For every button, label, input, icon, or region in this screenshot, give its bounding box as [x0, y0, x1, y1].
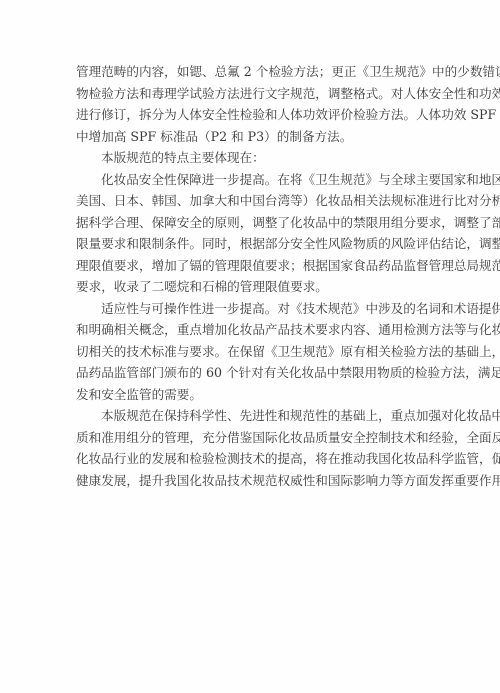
paragraph-3-line-6: 要求，收录了二噁烷和石棉的管理限值要求。 [76, 278, 425, 296]
paragraph-4-line-4: 品药品监管部门颁布的 60 个针对有关化妆品中禁限用物质的检验方法，满足化妆品技… [76, 364, 425, 382]
paragraph-3-line-3: 据科学合理、保障安全的原则，调整了化妆品中的禁限用组分要求，调整了部分准用组分的 [76, 214, 425, 232]
paragraph-1-line-4: 中增加高 SPF 标准品（P2 和 P3）的制备方法。 [76, 128, 425, 146]
document-page: 管理范畴的内容，如锶、总氟 2 个检验方法；更正《卫生规范》中的少数错误内容。对… [0, 0, 500, 693]
paragraph-4-line-2: 和明确相关概念，重点增加化妆品产品技术要求内容、通用检测方法等与化妆品质量安全密 [76, 321, 425, 339]
paragraph-5-line-2: 质和准用组分的管理，充分借鉴国际化妆品质量安全控制技术和经验，全面反应了我国当前 [76, 429, 425, 447]
paragraph-3-line-1: 化妆品安全性保障进一步提高。在将《卫生规范》与全球主要国家和地区（包括欧盟、 [101, 171, 425, 189]
paragraph-1-line-3: 进行修订，拆分为人体安全性检验和人体功效评价检验方法。人体功效 SPF 评价检验… [76, 106, 425, 124]
paragraph-5-line-4: 健康发展，提升我国化妆品技术规范权威性和国际影响力等方面发挥重要作用。 [76, 472, 425, 490]
paragraph-3-line-4: 限量要求和限制条件。同时，根据部分安全性风险物质的风险评估结论，调整了铅、砷的管 [76, 235, 425, 253]
paragraph-3-line-2: 美国、日本、韩国、加拿大和中国台湾等）化妆品相关法规标准进行比对分析的基础上，根 [76, 192, 425, 210]
paragraph-5-line-3: 化妆品行业的发展和检验检测技术的提高，将在推动我国化妆品科学监管，促进化妆品行业 [76, 450, 425, 468]
paragraph-4-line-3: 切相关的技术标准与要求。在保留《卫生规范》原有相关检验方法的基础上，收录了国家食 [76, 343, 425, 361]
paragraph-5-line-1: 本版规范在保持科学性、先进性和规范性的基础上，重点加强对化妆品中安全性风险物 [101, 407, 425, 425]
paragraph-4-line-1: 适应性与可操作性进一步提高。对《技术规范》中涉及的名词和术语提供了释义，细化 [101, 300, 425, 318]
paragraph-1-line-2: 物检验方法和毒理学试验方法进行文字规范，调整格式。对人体安全性和功效评价检验方法 [76, 85, 425, 103]
paragraph-4-line-5: 发和安全监管的需要。 [76, 386, 425, 404]
paragraph-2-line-1: 本版规范的特点主要体现在： [101, 149, 425, 167]
paragraph-1-line-1: 管理范畴的内容，如锶、总氟 2 个检验方法；更正《卫生规范》中的少数错误内容。对… [76, 63, 425, 81]
paragraph-3-line-5: 理限值要求，增加了镉的管理限值要求；根据国家食品药品监督管理总局规范性技术文件的 [76, 257, 425, 275]
